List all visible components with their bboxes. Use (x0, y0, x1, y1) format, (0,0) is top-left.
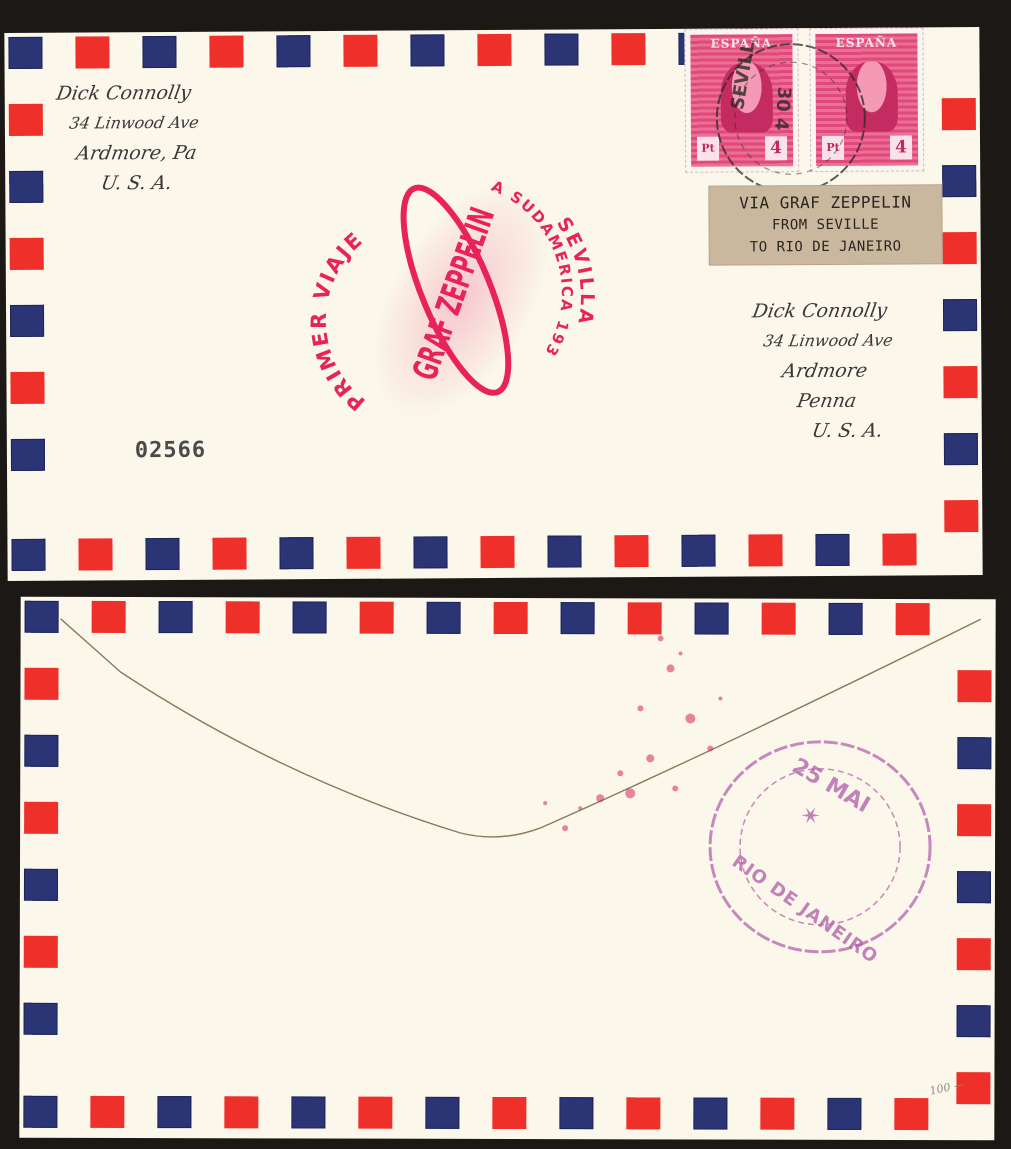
postage-stamp-2: ESPAÑA Pt 4 (809, 27, 924, 172)
red-stripe-square (944, 500, 978, 532)
serial-number: 02566 (135, 438, 206, 463)
stamp-denomination: 4 (765, 136, 787, 160)
postage-stamp-1: ESPAÑA Pt 4 (684, 28, 799, 173)
blue-stripe-square (8, 37, 42, 69)
red-stripe-square (75, 36, 109, 68)
red-stripe-square (78, 538, 112, 570)
red-stripe-square (943, 232, 977, 264)
red-stripe-square (748, 534, 782, 566)
blue-stripe-square (544, 33, 578, 65)
portrait-icon (846, 62, 898, 132)
svg-text:PRIMER VIAJE: PRIMER VIAJE (306, 227, 370, 416)
blue-stripe-square (547, 535, 581, 567)
blue-stripe-square (815, 534, 849, 566)
stamp-denomination: 4 (890, 135, 912, 159)
label-line-1: VIA GRAF ZEPPELIN (709, 191, 941, 214)
blue-stripe-square (681, 535, 715, 567)
recipient-country: U. S. A. (730, 416, 886, 447)
zeppelin-cachet: GRAF ZEPPELIN PRIMER VIAJE A SUDAMERICA … (295, 149, 617, 451)
stamp-country: ESPAÑA (690, 36, 792, 51)
sender-address: Dick Connolly 34 Linwood Ave Ardmore, Pa… (39, 78, 210, 199)
red-stripe-square (10, 238, 44, 270)
recipient-city: Ardmore (740, 356, 896, 387)
red-stripe-square (212, 538, 246, 570)
red-stripe-square (882, 533, 916, 565)
sender-street: 34 Linwood Ave (49, 108, 204, 139)
label-line-2: FROM SEVILLE (709, 213, 941, 236)
red-stripe-square (480, 536, 514, 568)
portrait-icon (721, 62, 773, 132)
stamp-country: ESPAÑA (815, 35, 917, 50)
envelope-back: 25 MAI ✶ RIO DE JANEIRO 100 — (19, 597, 995, 1141)
rio-postmark-star: ✶ (794, 799, 825, 833)
recipient-address: Dick Connolly 34 Linwood Ave Ardmore Pen… (730, 295, 906, 446)
back-flap-and-marks: 25 MAI ✶ RIO DE JANEIRO (19, 597, 995, 1141)
envelope-front: Dick Connolly 34 Linwood Ave Ardmore, Pa… (4, 27, 982, 581)
red-stripe-square (209, 36, 243, 68)
red-stripe-square (346, 537, 380, 569)
blue-stripe-square (145, 538, 179, 570)
blue-stripe-square (142, 36, 176, 68)
zeppelin-routing-label: VIA GRAF ZEPPELIN FROM SEVILLE TO RIO DE… (709, 185, 941, 264)
stamp-design: ESPAÑA Pt 4 (690, 34, 793, 167)
stamp-prefix: Pt (822, 136, 844, 160)
red-stripe-square (9, 104, 43, 136)
red-stripe-square (10, 372, 44, 404)
blue-stripe-square (11, 439, 45, 471)
red-stripe-square (477, 34, 511, 66)
blue-stripe-square (276, 35, 310, 67)
recipient-name: Dick Connolly (750, 295, 906, 326)
recipient-state: Penna (735, 386, 891, 417)
blue-stripe-square (943, 299, 977, 331)
blue-stripe-square (11, 539, 45, 571)
stamp-design: ESPAÑA Pt 4 (815, 33, 918, 166)
blue-stripe-square (279, 537, 313, 569)
blue-stripe-square (944, 433, 978, 465)
sender-name: Dick Connolly (54, 78, 209, 109)
cachet-offset-marks (543, 635, 723, 831)
blue-stripe-square (413, 536, 447, 568)
sender-city: Ardmore, Pa (44, 138, 199, 169)
red-stripe-square (614, 535, 648, 567)
red-stripe-square (611, 33, 645, 65)
blue-stripe-square (410, 34, 444, 66)
stamp-prefix: Pt (697, 137, 719, 161)
recipient-street: 34 Linwood Ave (745, 326, 901, 357)
rio-postmark-date: 25 MAI (788, 754, 874, 819)
red-stripe-square (343, 35, 377, 67)
red-stripe-square (942, 98, 976, 130)
blue-stripe-square (942, 165, 976, 197)
label-line-3: TO RIO DE JANEIRO (710, 235, 942, 258)
blue-stripe-square (10, 305, 44, 337)
sender-country: U. S. A. (39, 168, 194, 199)
red-stripe-square (943, 366, 977, 398)
